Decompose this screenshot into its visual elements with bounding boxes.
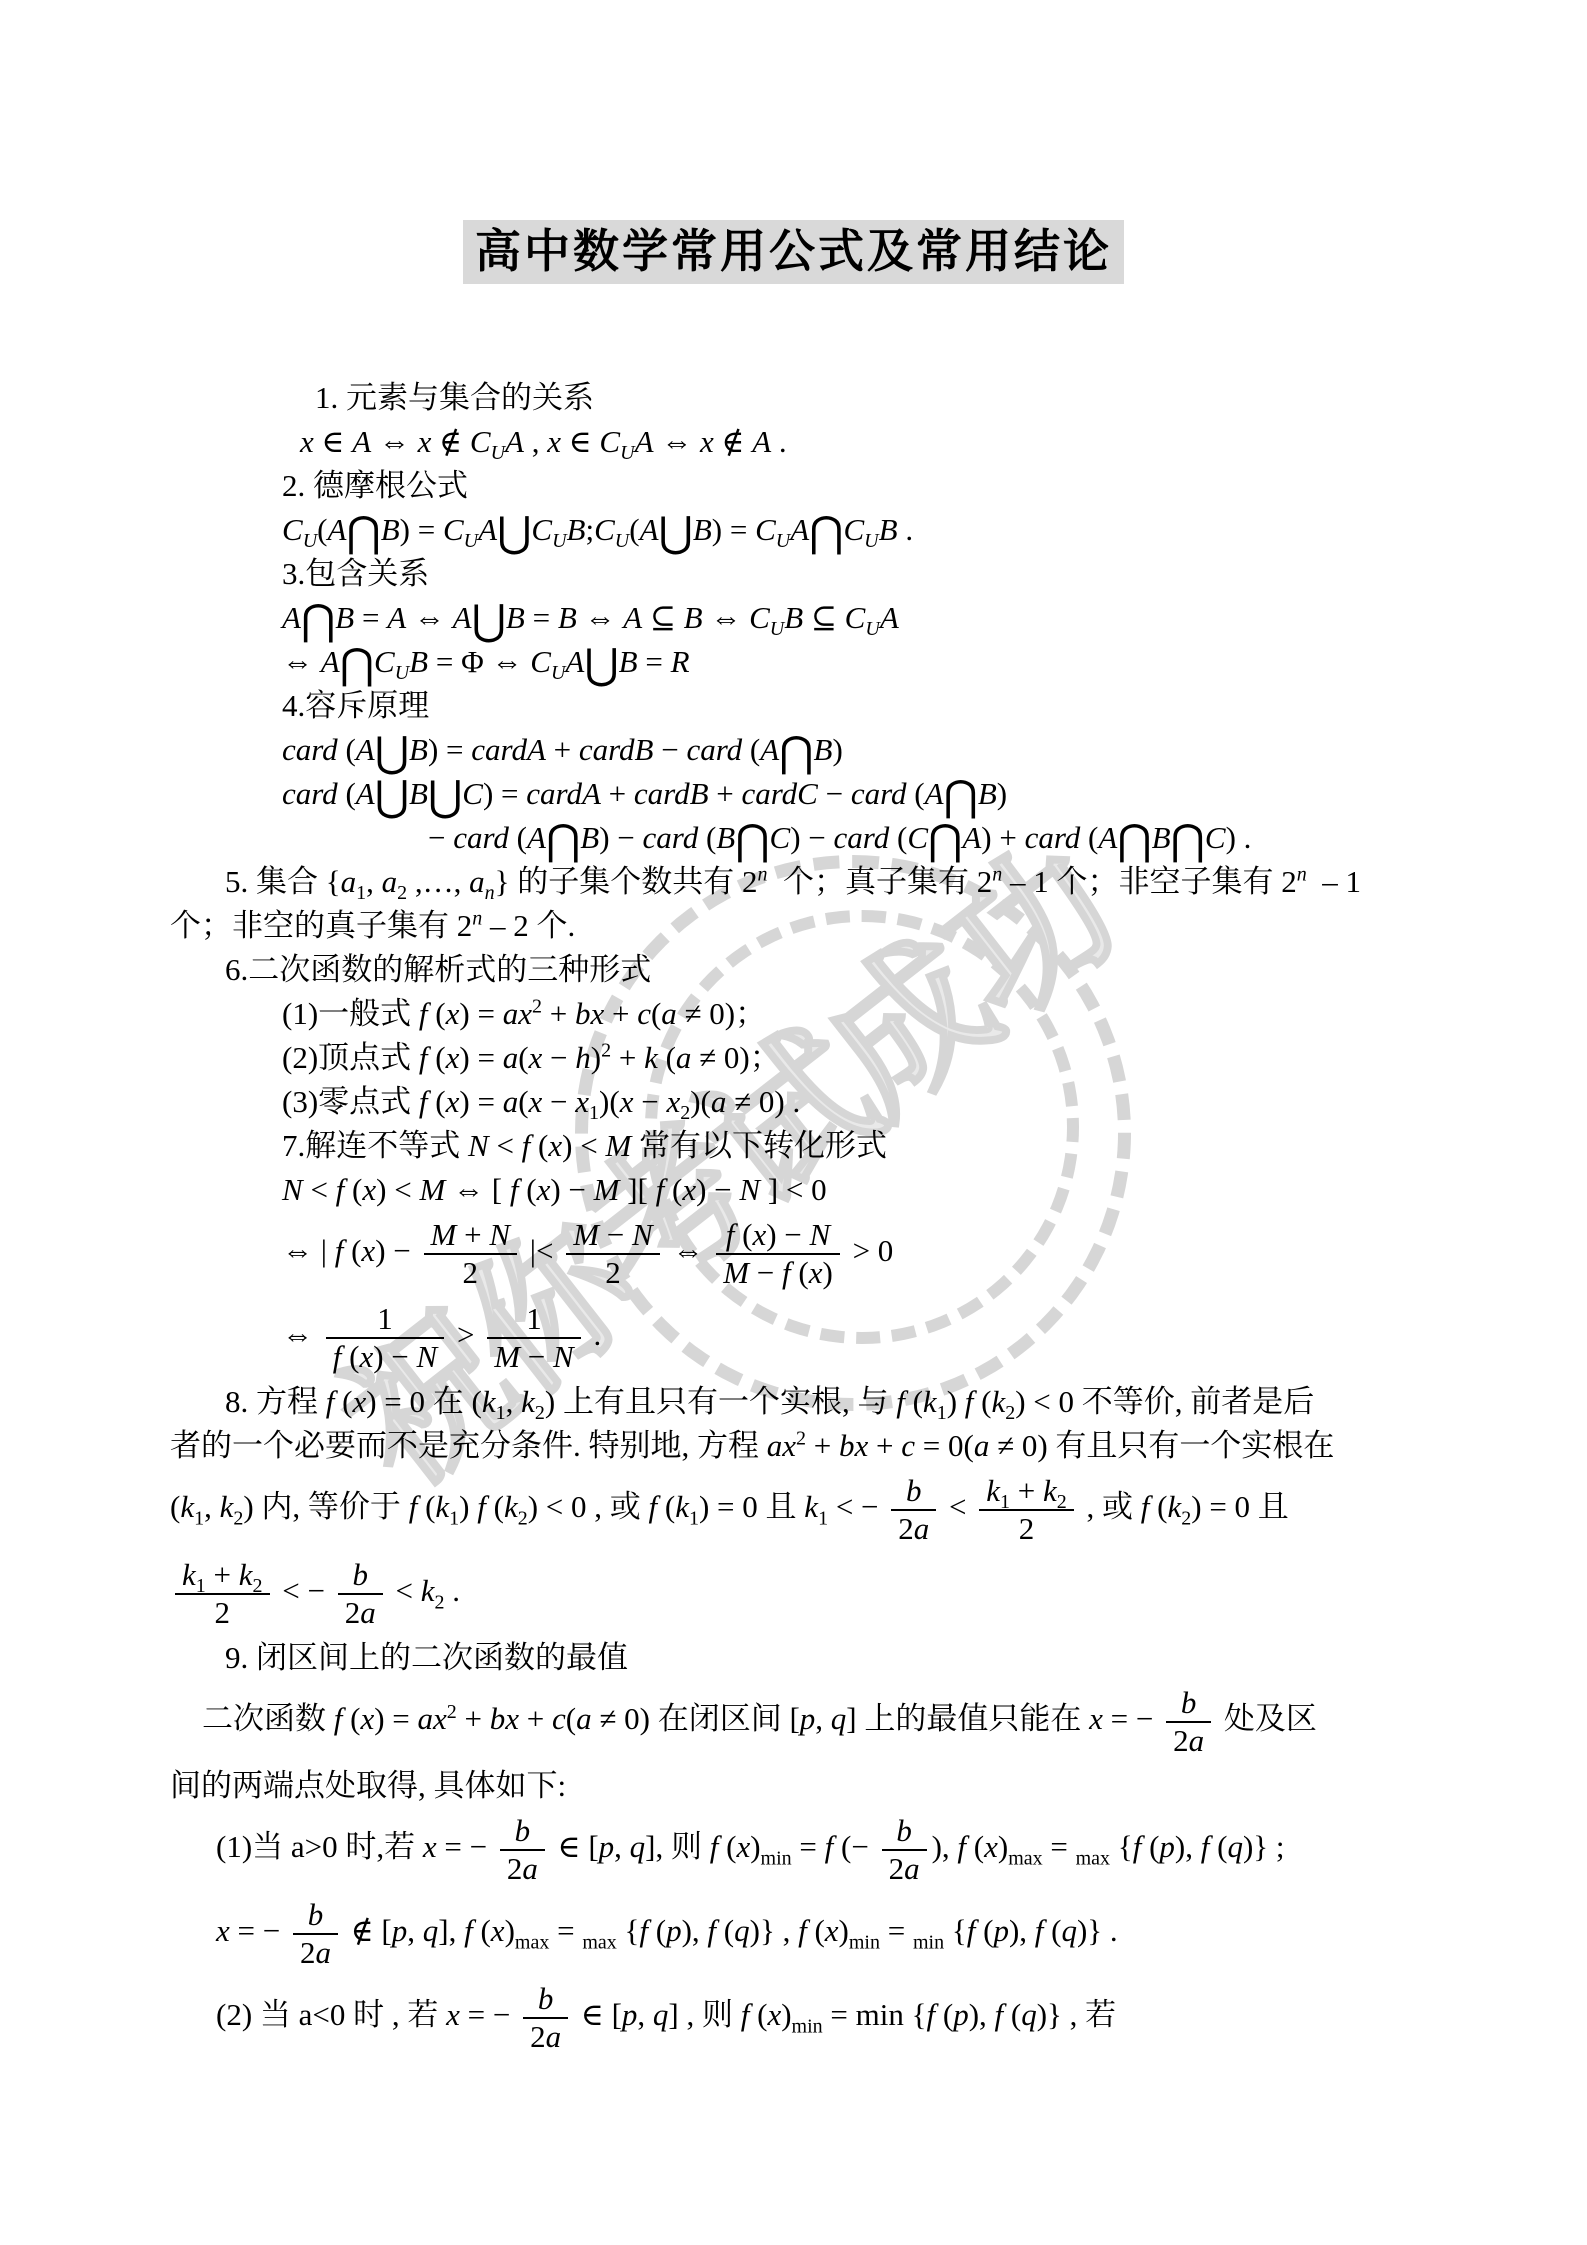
- item3-formula-1: A⋂B = A ⇔ A⋃B = B ⇔ A ⊆ B ⇔ CUB ⊆ CUA: [282, 598, 1440, 638]
- item4-heading: 4.容斥原理: [282, 686, 1440, 726]
- page-title: 高中数学常用公式及常用结论: [463, 220, 1124, 284]
- item2-formula: CU(A⋂B) = CUA⋃CUB;CU(A⋃B) = CUA⋂CUB .: [282, 510, 1440, 550]
- item2-heading: 2. 德摩根公式: [282, 466, 1440, 506]
- item4-formula-1: card (A⋃B) = cardA + cardB − card (A⋂B): [282, 730, 1440, 770]
- item9-case2-line: (2) 当 a<0 时 , 若 x = − b2a ∈ [p, q] , 则 f…: [216, 1978, 1440, 2058]
- item9-para-line2: 间的两端点处取得, 具体如下:: [170, 1766, 1440, 1806]
- item7-formula-3: ⇔ 1f (x) − N > 1M − N .: [282, 1298, 1440, 1378]
- item1-formula: x ∈ A ⇔ x ∉ CUA , x ∈ CUA ⇔ x ∉ A .: [300, 422, 1440, 462]
- item9-heading: 9. 闭区间上的二次函数的最值: [225, 1638, 1440, 1678]
- item4-formula-2: card (A⋃B⋃C) = cardA + cardB + cardC − c…: [282, 774, 1440, 814]
- item3-heading: 3.包含关系: [282, 554, 1440, 594]
- item6-form-general: (1)一般式 f (x) = ax2 + bx + c(a ≠ 0)；: [282, 994, 1440, 1034]
- item7-formula-2: ⇔ | f (x) − M + N2 |< M − N2 ⇔ f (x) − N…: [282, 1214, 1440, 1294]
- title-row: 高中数学常用公式及常用结论: [0, 220, 1587, 284]
- document-content: 1. 元素与集合的关系x ∈ A ⇔ x ∉ CUA , x ∈ CUA ⇔ x…: [170, 378, 1440, 2062]
- item9-para-line1: 二次函数 f (x) = ax2 + bx + c(a ≠ 0) 在闭区间 [p…: [202, 1682, 1440, 1762]
- item6-heading: 6.二次函数的解析式的三种形式: [225, 950, 1440, 990]
- item1-heading: 1. 元素与集合的关系: [315, 378, 1440, 418]
- item9-case1-line2: x = − b2a ∉ [p, q], f (x)max = max {f (p…: [216, 1894, 1440, 1974]
- item8-para-line2: 者的一个必要而不是充分条件. 特别地, 方程 ax2 + bx + c = 0(…: [170, 1426, 1440, 1466]
- item3-formula-2: ⇔ A⋂CUB = Φ ⇔ CUA⋃B = R: [282, 642, 1440, 682]
- item6-form-zero: (3)零点式 f (x) = a(x − x1)(x − x2)(a ≠ 0) …: [282, 1082, 1440, 1122]
- item7-formula-1: N < f (x) < M ⇔ [ f (x) − M ][ f (x) − N…: [282, 1170, 1440, 1210]
- item5-para-line1: 5. 集合 {a1, a2 ,…, an} 的子集个数共有 2n 个；真子集有 …: [225, 862, 1440, 902]
- item6-form-vertex: (2)顶点式 f (x) = a(x − h)2 + k (a ≠ 0)；: [282, 1038, 1440, 1078]
- item9-case1-line1: (1)当 a>0 时,若 x = − b2a ∈ [p, q], 则 f (x)…: [216, 1810, 1440, 1890]
- item8-para-line4: k1 + k22 < − b2a < k2 .: [170, 1554, 1440, 1634]
- item5-para-line2: 个；非空的真子集有 2n – 2 个.: [170, 906, 1440, 946]
- document-page: 祝你考试成功 高中数学常用公式及常用结论 1. 元素与集合的关系x ∈ A ⇔ …: [0, 0, 1587, 2245]
- item7-heading: 7.解连不等式 N < f (x) < M 常有以下转化形式: [282, 1126, 1440, 1166]
- item4-formula-3: − card (A⋂B) − card (B⋂C) − card (C⋂A) +…: [428, 818, 1440, 858]
- item8-para-line3: (k1, k2) 内, 等价于 f (k1) f (k2) < 0 , 或 f …: [170, 1470, 1440, 1550]
- item8-para-line1: 8. 方程 f (x) = 0 在 (k1, k2) 上有且只有一个实根, 与 …: [225, 1382, 1440, 1422]
